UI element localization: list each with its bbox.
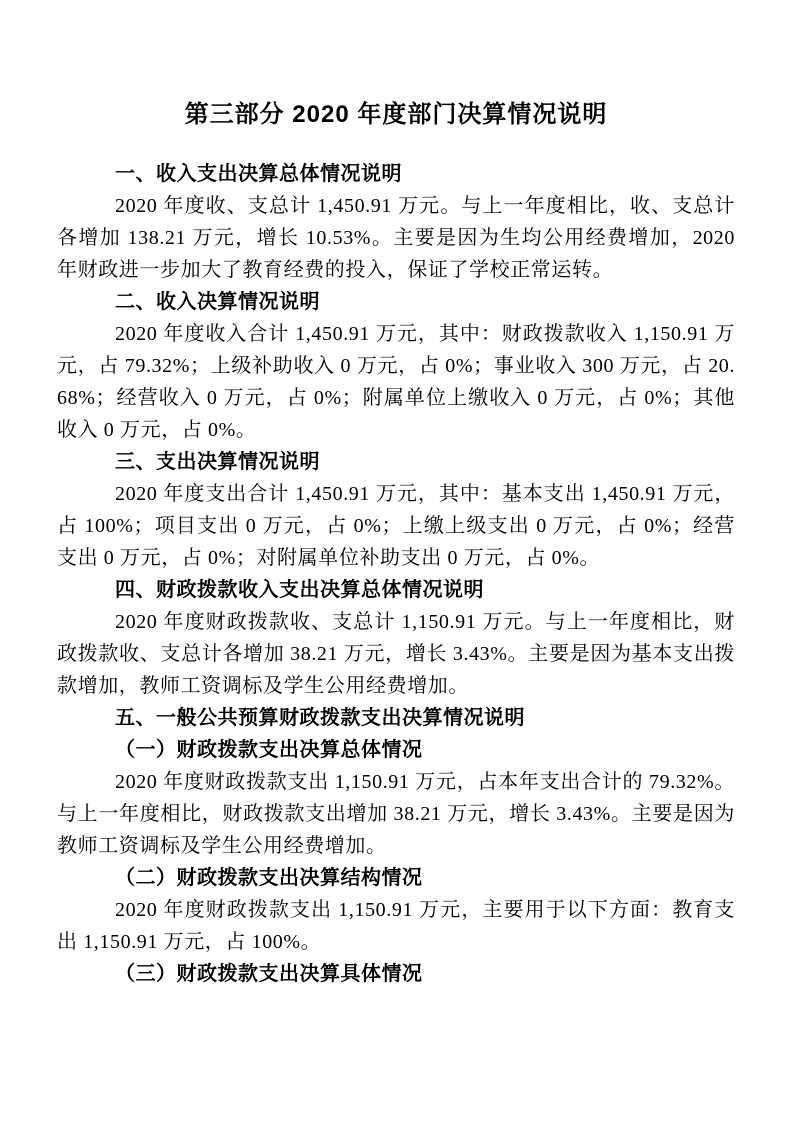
paragraph: 2020 年度财政拨款收、支总计 1,150.91 万元。与上一年度相比，财政拨… bbox=[57, 606, 735, 702]
paragraph: 2020 年度收入合计 1,450.91 万元，其中：财政拨款收入 1,150.… bbox=[57, 318, 735, 446]
document-page: 第三部分 2020 年度部门决算情况说明 一、收入支出决算总体情况说明2020 … bbox=[0, 0, 793, 1122]
document-title: 第三部分 2020 年度部门决算情况说明 bbox=[57, 96, 735, 133]
paragraph: 2020 年度财政拨款支出 1,150.91 万元，占本年支出合计的 79.32… bbox=[57, 766, 735, 862]
document-content: 第三部分 2020 年度部门决算情况说明 一、收入支出决算总体情况说明2020 … bbox=[57, 96, 735, 990]
section-heading: 四、财政拨款收入支出决算总体情况说明 bbox=[57, 574, 735, 606]
document-body: 一、收入支出决算总体情况说明2020 年度收、支总计 1,450.91 万元。与… bbox=[57, 158, 735, 990]
subsection-heading: （三）财政拨款支出决算具体情况 bbox=[57, 958, 735, 990]
section-heading: 三、支出决算情况说明 bbox=[57, 446, 735, 478]
paragraph: 2020 年度财政拨款支出 1,150.91 万元，主要用于以下方面：教育支出 … bbox=[57, 894, 735, 958]
subsection-heading: （一）财政拨款支出决算总体情况 bbox=[57, 734, 735, 766]
paragraph: 2020 年度支出合计 1,450.91 万元，其中：基本支出 1,450.91… bbox=[57, 478, 735, 574]
section-heading: 二、收入决算情况说明 bbox=[57, 286, 735, 318]
section-heading: 一、收入支出决算总体情况说明 bbox=[57, 158, 735, 190]
subsection-heading: （二）财政拨款支出决算结构情况 bbox=[57, 862, 735, 894]
paragraph: 2020 年度收、支总计 1,450.91 万元。与上一年度相比，收、支总计各增… bbox=[57, 190, 735, 286]
section-heading: 五、一般公共预算财政拨款支出决算情况说明 bbox=[57, 702, 735, 734]
